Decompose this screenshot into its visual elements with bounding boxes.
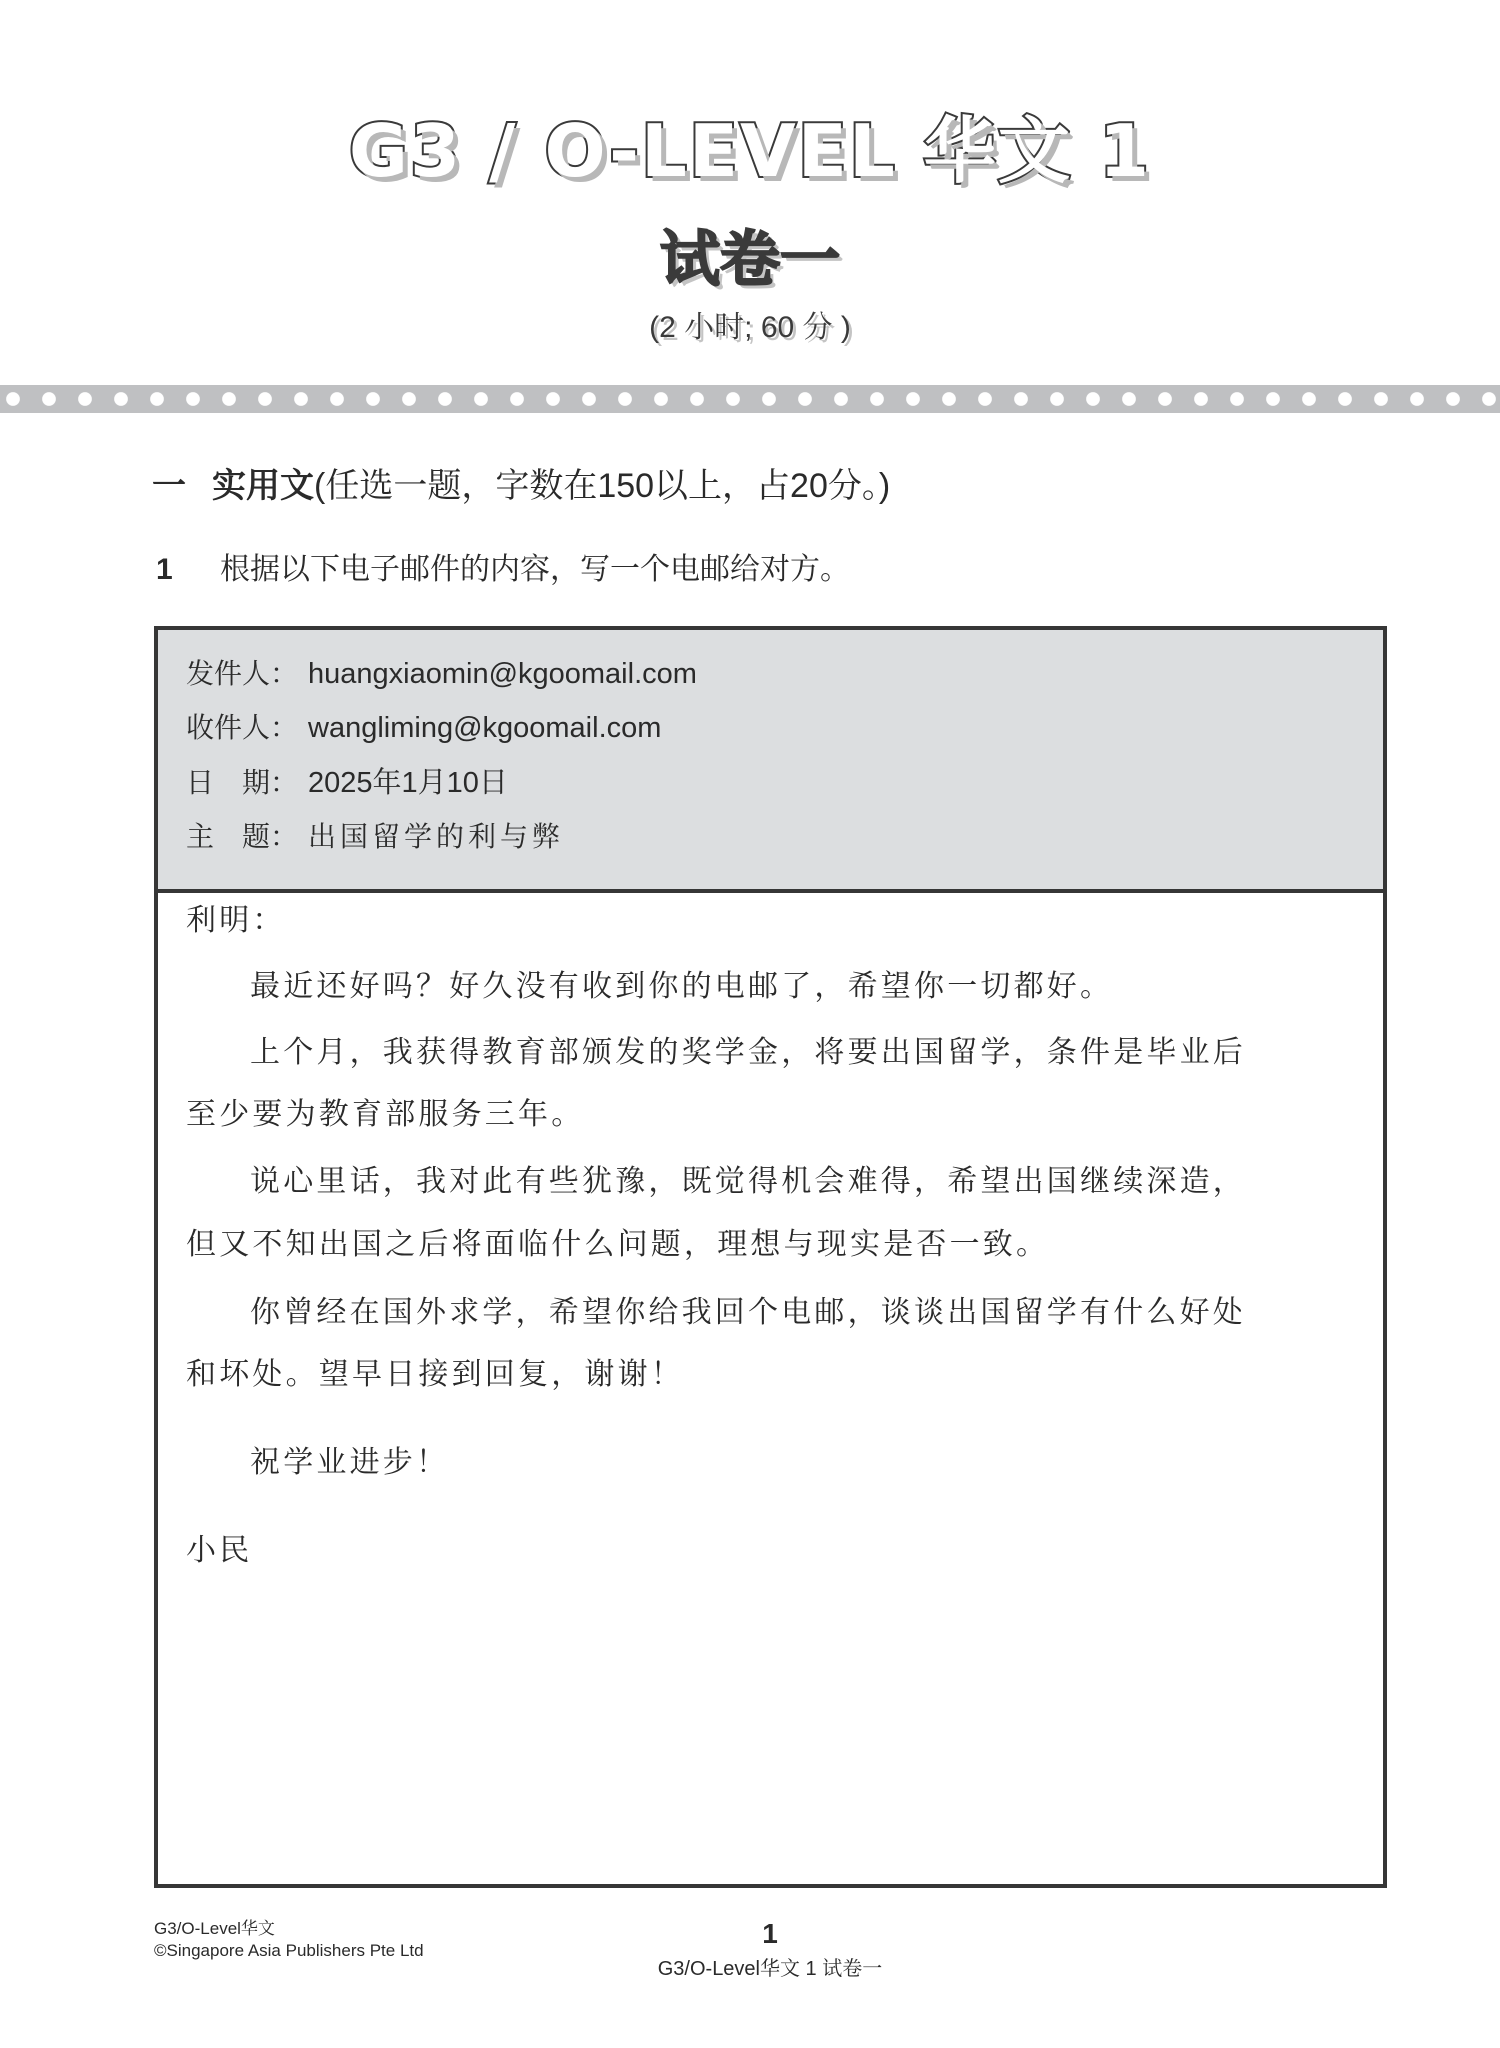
exam-duration: (2 小时; 60 分 ): [0, 308, 1500, 348]
paragraph-line: 但又不知出国之后将面临什么问题，理想与现实是否一致。: [186, 1223, 1049, 1267]
field-value: huangxiaomin@kgoomail.com: [308, 658, 697, 690]
section-instruction: (任选一题，字数在150以上，占20分。): [314, 467, 890, 505]
field-label: 收件人：: [186, 708, 308, 748]
field-value: 2025年1月10日: [308, 767, 508, 799]
email-field-to: 收件人：wangliming@kgoomail.com: [186, 708, 661, 748]
email-field-date: 日 期：2025年1月10日: [186, 763, 508, 803]
paragraph-line: 说心里话，我对此有些犹豫，既觉得机会难得，希望出国继续深造，: [250, 1160, 1246, 1204]
page-number: 1: [0, 1918, 1500, 1950]
email-header: 发件人：huangxiaomin@kgoomail.com 收件人：wangli…: [158, 630, 1383, 893]
section-heading: 一实用文(任选一题，字数在150以上，占20分。): [152, 462, 890, 510]
page-title: G3 / O-LEVEL 华文 1: [0, 106, 1500, 196]
email-field-from: 发件人：huangxiaomin@kgoomail.com: [186, 654, 697, 694]
email-box: 发件人：huangxiaomin@kgoomail.com 收件人：wangli…: [154, 626, 1387, 1888]
field-label: 主 题：: [186, 817, 308, 857]
email-field-subject: 主 题：出国留学的利与弊: [186, 817, 564, 857]
field-label: 日 期：: [186, 763, 308, 803]
paragraph-line: 你曾经在国外求学，希望你给我回个电邮，谈谈出国留学有什么好处: [250, 1291, 1246, 1335]
salutation: 利明：: [186, 899, 286, 943]
question-number: 1: [156, 548, 220, 592]
signature: 小民: [186, 1529, 252, 1573]
question-text: 根据以下电子邮件的内容，写一个电邮给对方。: [220, 552, 850, 587]
section-type: 实用文: [212, 467, 314, 505]
closing: 祝学业进步！: [250, 1441, 449, 1485]
paper-title: 试卷一: [0, 220, 1500, 300]
paragraph-line: 至少要为教育部服务三年。: [186, 1093, 584, 1137]
section-number: 一: [152, 467, 186, 505]
dotted-divider: [0, 385, 1500, 413]
running-title: G3/O-Level华文 1 试卷一: [0, 1952, 1500, 1981]
field-label: 发件人：: [186, 654, 308, 694]
paragraph-line: 最近还好吗？好久没有收到你的电邮了，希望你一切都好。: [250, 965, 1113, 1009]
paragraph-line: 和坏处。望早日接到回复，谢谢！: [186, 1353, 684, 1397]
question-prompt: 1根据以下电子邮件的内容，写一个电邮给对方。: [156, 548, 850, 592]
field-value: wangliming@kgoomail.com: [308, 712, 661, 744]
field-value: 出国留学的利与弊: [308, 820, 564, 853]
paragraph-line: 上个月，我获得教育部颁发的奖学金，将要出国留学，条件是毕业后: [250, 1031, 1246, 1075]
